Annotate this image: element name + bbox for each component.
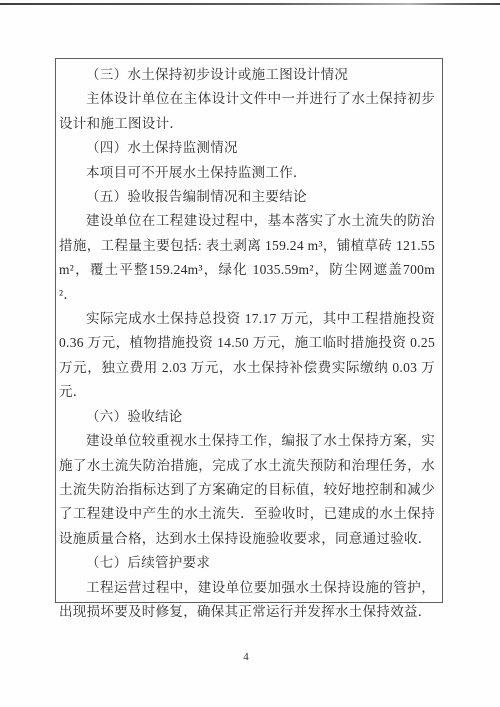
scan-edge-artifact bbox=[0, 3, 500, 5]
section-heading-5: （五）验收报告编制情况和主要结论 bbox=[59, 185, 435, 209]
paragraph-works-quantities: 建设单位在工程建设过程中，基本落实了水土流失的防治措施，工程量主要包括: 表土剥… bbox=[59, 209, 435, 307]
section-heading-3: （三）水土保持初步设计或施工图设计情况 bbox=[59, 63, 435, 87]
paragraph-investment: 实际完成水土保持总投资 17.17 万元，其中工程措施投资 0.36 万元，植物… bbox=[59, 307, 435, 405]
page-number: 4 bbox=[0, 651, 492, 663]
scanned-document-page: （三）水土保持初步设计或施工图设计情况 主体设计单位在主体设计文件中一并进行了水… bbox=[0, 0, 500, 707]
paragraph-acceptance-conclusion: 建设单位较重视水土保持工作，编报了水土保持方案，实施了水土流失防治措施，完成了水… bbox=[59, 429, 435, 551]
report-content-box: （三）水土保持初步设计或施工图设计情况 主体设计单位在主体设计文件中一并进行了水… bbox=[55, 58, 443, 603]
paragraph-monitoring: 本项目可不开展水土保持监测工作． bbox=[59, 161, 435, 185]
paragraph-design: 主体设计单位在主体设计文件中一并进行了水土保持初步设计和施工图设计． bbox=[59, 87, 435, 136]
section-heading-6: （六）验收结论 bbox=[59, 405, 435, 429]
section-heading-4: （四）水土保持监测情况 bbox=[59, 136, 435, 160]
section-heading-7: （七）后续管护要求 bbox=[59, 551, 435, 575]
paragraph-maintenance: 工程运营过程中，建设单位要加强水土保持设施的管护，出现损坏要及时修复，确保其正常… bbox=[59, 576, 435, 625]
